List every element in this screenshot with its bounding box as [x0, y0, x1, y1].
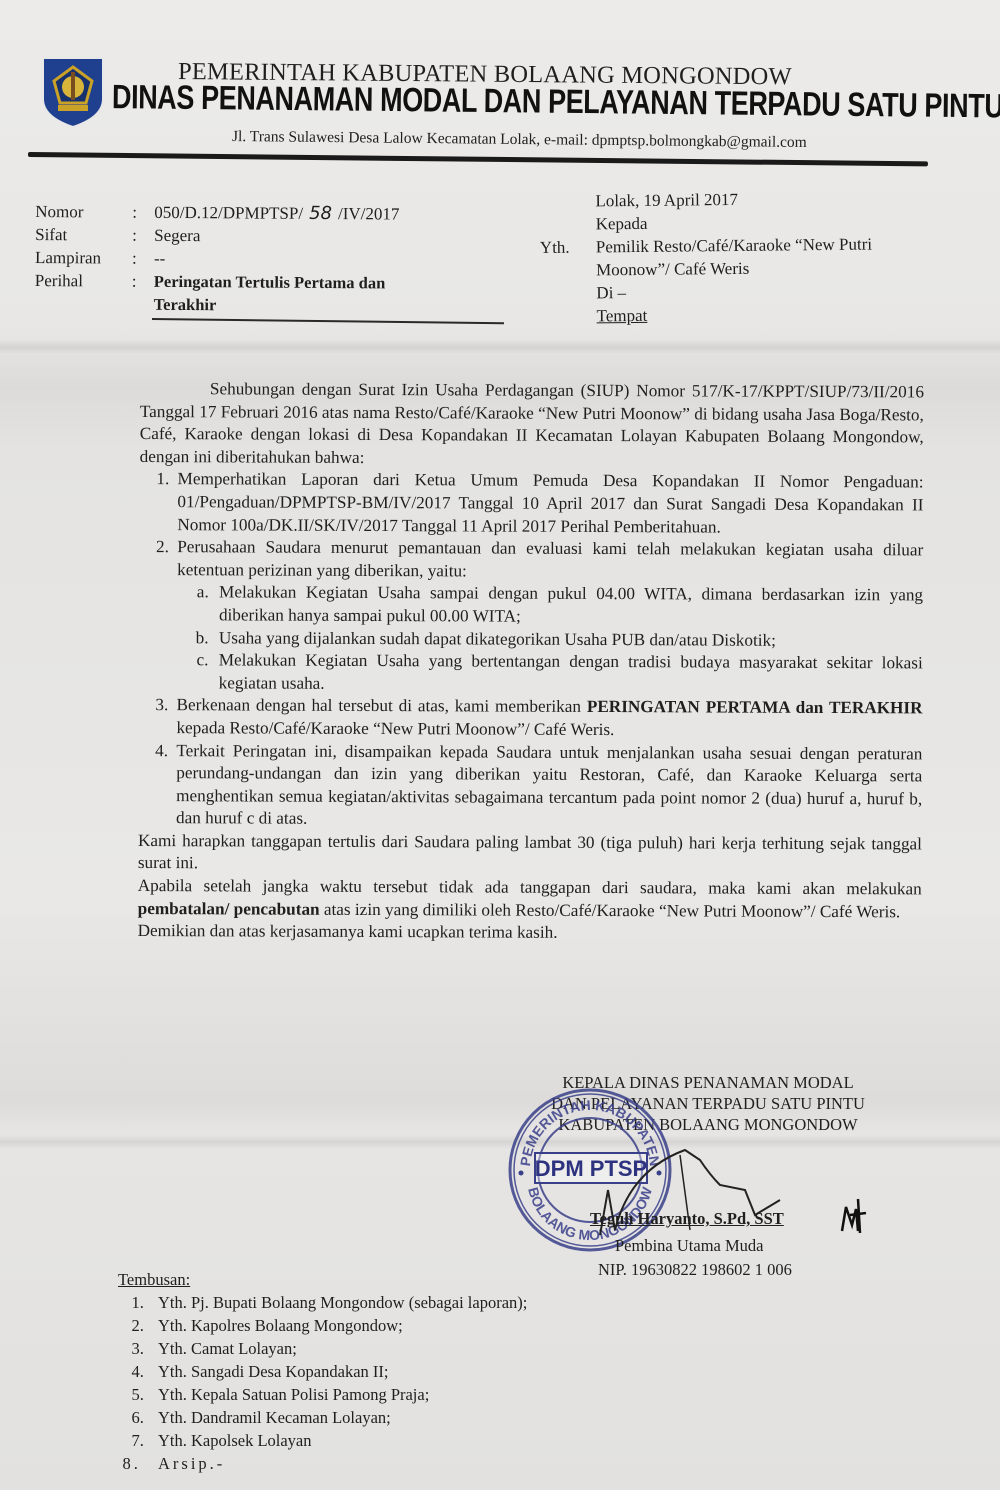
list-item: Arsip.- [148, 1452, 527, 1475]
letterhead-address: Jl. Trans Sulawesi Desa Lalow Kecamatan … [232, 128, 807, 152]
meta-lampiran: Lampiran : -- [35, 246, 484, 272]
closing-paragraph: Demikian dan atas kerjasamanya kami ucap… [138, 920, 922, 946]
nomor-suffix: /IV/2017 [338, 204, 400, 223]
point-1-text: Memperhatikan Laporan dari Ketua Umum Pe… [177, 470, 923, 537]
response-paragraph: Kami harapkan tanggapan tertulis dari Sa… [138, 830, 922, 879]
points-list: Memperhatikan Laporan dari Ketua Umum Pe… [138, 468, 924, 833]
list-item: Yth. Sangadi Desa Kopandakan II; [148, 1360, 527, 1383]
tembusan-section: Tembusan: Yth. Pj. Bupati Bolaang Mongon… [118, 1268, 527, 1475]
sanction-emphasis: pembatalan/ pencabutan [138, 899, 320, 919]
tempat-label: Tempat [540, 302, 872, 328]
tembusan-title: Tembusan: [118, 1268, 527, 1291]
signatory-rank: Pembina Utama Muda [615, 1236, 763, 1256]
recipient-name: Pemilik Resto/Café/Karaoke “New PutriMoo… [596, 233, 873, 282]
list-item: Yth. Kepala Satuan Polisi Pamong Praja; [148, 1383, 527, 1406]
sifat-value: Segera [154, 224, 484, 249]
colon: : [132, 224, 154, 247]
nomor-prefix: 050/D.12/DPMPTSP/ [154, 203, 303, 223]
point-2c: Melakukan Kegiatan Usaha yang bertentang… [213, 649, 923, 697]
point-2-text: Perusahaan Saudara menurut pemantauan da… [177, 537, 923, 580]
point-3-pre: Berkenaan dengan hal tersebut di atas, k… [177, 695, 587, 716]
place-date: Lolak, 19 April 2017 [539, 187, 871, 213]
perihal-line1: Peringatan Tertulis Pertama dan [154, 272, 386, 293]
perihal-value: Peringatan Tertulis Pertama danTerakhir [154, 270, 484, 318]
point-3: Berkenaan dengan hal tersebut di atas, k… [172, 694, 922, 742]
perihal-label: Perihal [35, 269, 132, 316]
paper-fold [0, 1135, 1000, 1149]
nomor-label: Nomor [35, 200, 132, 224]
colon: : [132, 201, 154, 224]
perihal-line2: Terakhir [154, 295, 217, 314]
recipient-name-line1: Pemilik Resto/Café/Karaoke “New Putri [596, 235, 872, 257]
warning-emphasis: PERINGATAN PERTAMA dan TERAKHIR [587, 697, 923, 717]
list-item: Yth. Kapolres Bolaang Mongondow; [148, 1314, 527, 1337]
signatory-name: Teguh Haryanto, S.Pd, SST [590, 1209, 784, 1229]
recipient-row: Yth. Pemilik Resto/Café/Karaoke “New Put… [540, 233, 873, 282]
point-2: Perusahaan Saudara menurut pemantauan da… [173, 536, 924, 697]
sanction-post: atas izin yang dimiliki oleh Resto/Café/… [320, 899, 901, 921]
recipient-name-line2: Moonow”/ Café Weris [596, 259, 749, 280]
point-2-sublist: Melakukan Kegiatan Usaha sampai dengan p… [177, 582, 923, 698]
nomor-handwritten: 58 [303, 203, 338, 224]
list-item: Yth. Dandramil Kecaman Lolayan; [148, 1406, 527, 1429]
sanction-pre: Apabila setelah jangka waktu tersebut ti… [138, 876, 922, 898]
regency-coat-of-arms-icon [40, 55, 106, 129]
perihal-underline [152, 318, 504, 324]
list-item: Yth. Camat Lolayan; [148, 1337, 527, 1360]
nomor-value: 050/D.12/DPMPTSP/58/IV/2017 [154, 201, 484, 226]
kepada-label: Kepada [540, 210, 872, 236]
point-2a: Melakukan Kegiatan Usaha sampai dengan p… [213, 582, 923, 630]
point-1: Memperhatikan Laporan dari Ketua Umum Pe… [173, 469, 923, 540]
signatory-nip: NIP. 19630822 198602 1 006 [598, 1260, 792, 1280]
letterhead-agency: DINAS PENANAMAN MODAL DAN PELAYANAN TERP… [112, 78, 1000, 126]
lampiran-value: -- [154, 247, 484, 272]
yth-label: Yth. [540, 235, 596, 282]
lampiran-label: Lampiran [35, 246, 132, 270]
recipient-block: Lolak, 19 April 2017 Kepada Yth. Pemilik… [539, 187, 873, 328]
di-label: Di – [540, 279, 872, 305]
colon: : [132, 247, 154, 270]
sifat-label: Sifat [35, 223, 132, 247]
letterhead-divider [28, 152, 928, 166]
point-4: Terkait Peringatan ini, disampaikan kepa… [172, 740, 922, 834]
point-2b: Usaha yang dijalankan sudah dapat dikate… [213, 627, 923, 653]
sanction-paragraph: Apabila setelah jangka waktu tersebut ti… [138, 875, 922, 924]
meta-sifat: Sifat : Segera [35, 223, 484, 249]
letter-meta: Nomor : 050/D.12/DPMPTSP/58/IV/2017 Sifa… [35, 200, 485, 318]
initial-paraf-icon [838, 1195, 868, 1235]
meta-perihal: Perihal : Peringatan Tertulis Pertama da… [35, 269, 484, 318]
paper-fold [0, 340, 1000, 354]
meta-nomor: Nomor : 050/D.12/DPMPTSP/58/IV/2017 [35, 200, 484, 226]
tembusan-list: Yth. Pj. Bupati Bolaang Mongondow (sebag… [118, 1291, 527, 1475]
list-item: Yth. Pj. Bupati Bolaang Mongondow (sebag… [148, 1291, 527, 1314]
point-3-post: kepada Resto/Café/Karaoke “New Putri Moo… [176, 718, 614, 739]
point-4-text: Terkait Peringatan ini, disampaikan kepa… [176, 741, 922, 828]
colon: : [132, 270, 154, 316]
letter-body: Sehubungan dengan Surat Izin Usaha Perda… [138, 378, 924, 946]
intro-paragraph: Sehubungan dengan Surat Izin Usaha Perda… [140, 378, 924, 472]
list-item: Yth. Kapolsek Lolayan [148, 1429, 527, 1452]
